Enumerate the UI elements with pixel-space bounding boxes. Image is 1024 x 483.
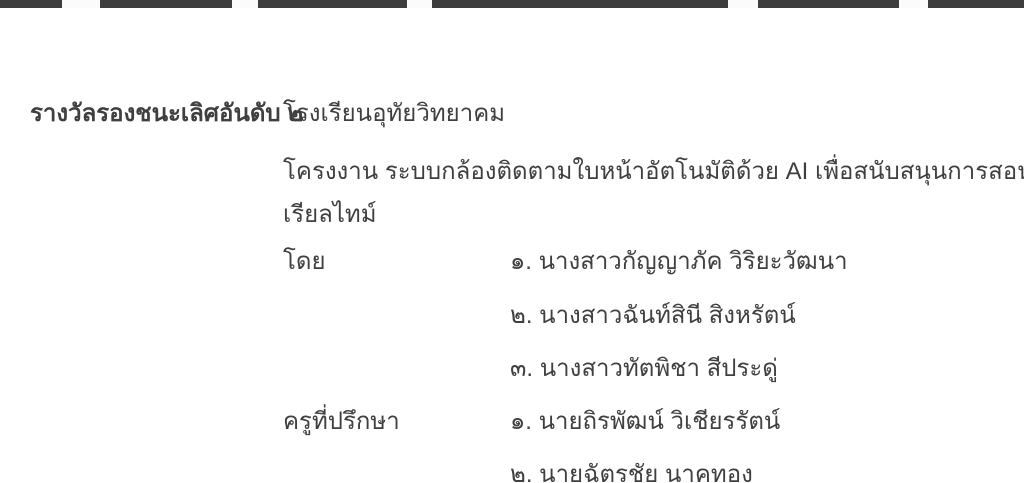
project-title-line1: โครงงาน ระบบกล้องติดตามใบหน้าอัตโนมัติด้… — [283, 156, 1024, 188]
advisor-name-1: ๑. นายถิรพัฒน์ วิเชียรรัตน์ — [510, 406, 780, 438]
progress-bar-gap — [407, 0, 432, 8]
video-progress-bar — [0, 0, 1024, 8]
progress-bar-gap — [232, 0, 258, 8]
progress-bar-gap — [899, 0, 928, 8]
advisor-label: ครูที่ปรึกษา — [283, 406, 400, 438]
member-name-1: ๑. นางสาวกัญญาภัค วิริยะวัฒนา — [510, 246, 848, 278]
progress-bar-gap — [62, 0, 100, 8]
by-label: โดย — [283, 246, 326, 278]
progress-bar-gap — [728, 0, 758, 8]
award-title-label: รางวัลรองชนะเลิศอันดับ ๒ — [30, 98, 303, 130]
member-name-2: ๒. นางสาวฉันท์สินี สิงหรัตน์ — [510, 300, 796, 332]
member-name-3: ๓. นางสาวทัตพิชา สีประดู่ — [510, 353, 778, 385]
school-name: โรงเรียนอุทัยวิทยาคม — [283, 98, 505, 130]
document-page: รางวัลรองชนะเลิศอันดับ ๒ โรงเรียนอุทัยวิ… — [0, 0, 1024, 483]
advisor-name-2: ๒. นายฉัตรชัย นาคทอง — [510, 459, 753, 483]
project-title-line2: เรียลไทม์ — [283, 199, 377, 231]
